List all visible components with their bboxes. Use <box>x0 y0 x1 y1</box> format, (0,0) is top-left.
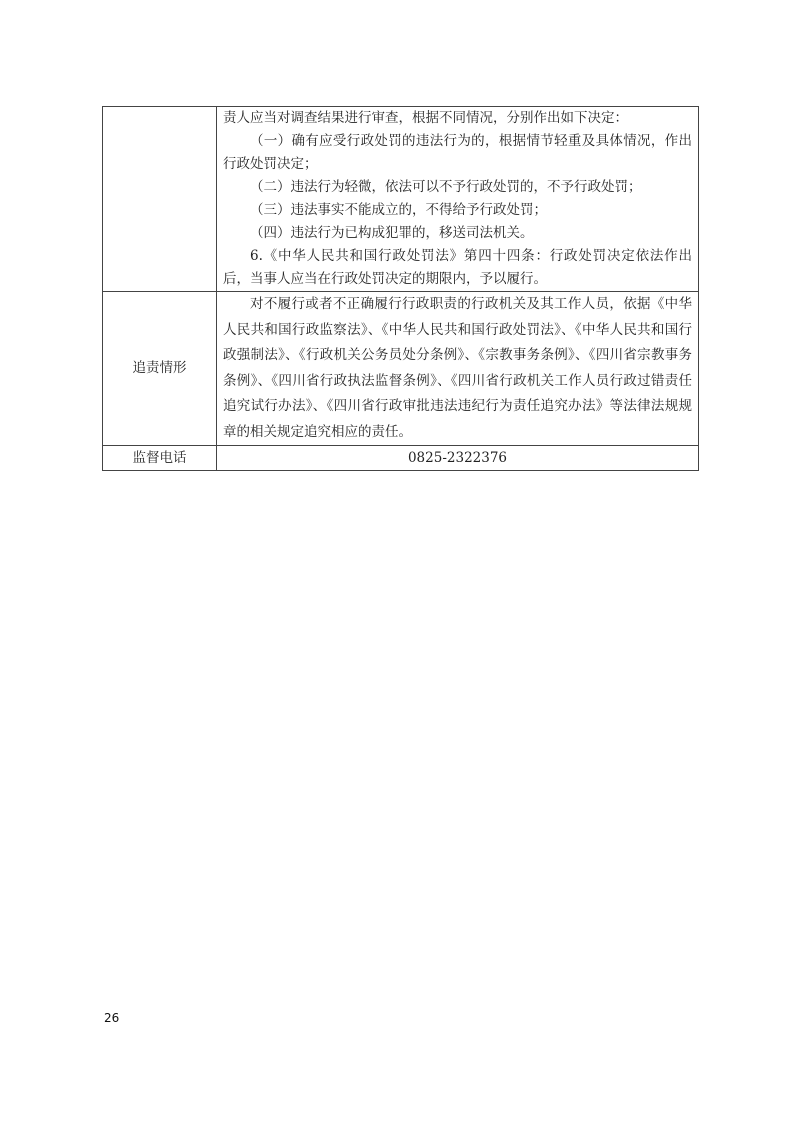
paragraph: （三）违法事实不能成立的，不得给予行政处罚； <box>223 199 692 222</box>
content-table: 责人应当对调查结果进行审查，根据不同情况，分别作出如下决定： （一）确有应受行政… <box>102 106 699 471</box>
table-row-phone: 监督电话 0825-2322376 <box>103 446 699 471</box>
row-content: 对不履行或者不正确履行行政职责的行政机关及其工作人员，依据《中华人民共和国行政监… <box>217 292 699 446</box>
paragraph: 6.《中华人民共和国行政处罚法》第四十四条：行政处罚决定依法作出后，当事人应当在… <box>223 245 692 291</box>
row-label <box>103 107 217 292</box>
table-row-accountability: 追责情形 对不履行或者不正确履行行政职责的行政机关及其工作人员，依据《中华人民共… <box>103 292 699 446</box>
supervision-phone: 0825-2322376 <box>217 446 699 471</box>
row-content: 责人应当对调查结果进行审查，根据不同情况，分别作出如下决定： （一）确有应受行政… <box>217 107 699 292</box>
page-number: 26 <box>104 1011 119 1025</box>
paragraph: 对不履行或者不正确履行行政职责的行政机关及其工作人员，依据《中华人民共和国行政监… <box>223 292 692 445</box>
paragraph: （二）违法行为轻微，依法可以不予行政处罚的，不予行政处罚； <box>223 176 692 199</box>
paragraph: （一）确有应受行政处罚的违法行为的，根据情节轻重及具体情况，作出行政处罚决定； <box>223 130 692 176</box>
paragraph: 责人应当对调查结果进行审查，根据不同情况，分别作出如下决定： <box>223 107 692 130</box>
row-label: 监督电话 <box>103 446 217 471</box>
paragraph: （四）违法行为已构成犯罪的，移送司法机关。 <box>223 222 692 245</box>
row-label: 追责情形 <box>103 292 217 446</box>
table-row-decision: 责人应当对调查结果进行审查，根据不同情况，分别作出如下决定： （一）确有应受行政… <box>103 107 699 292</box>
